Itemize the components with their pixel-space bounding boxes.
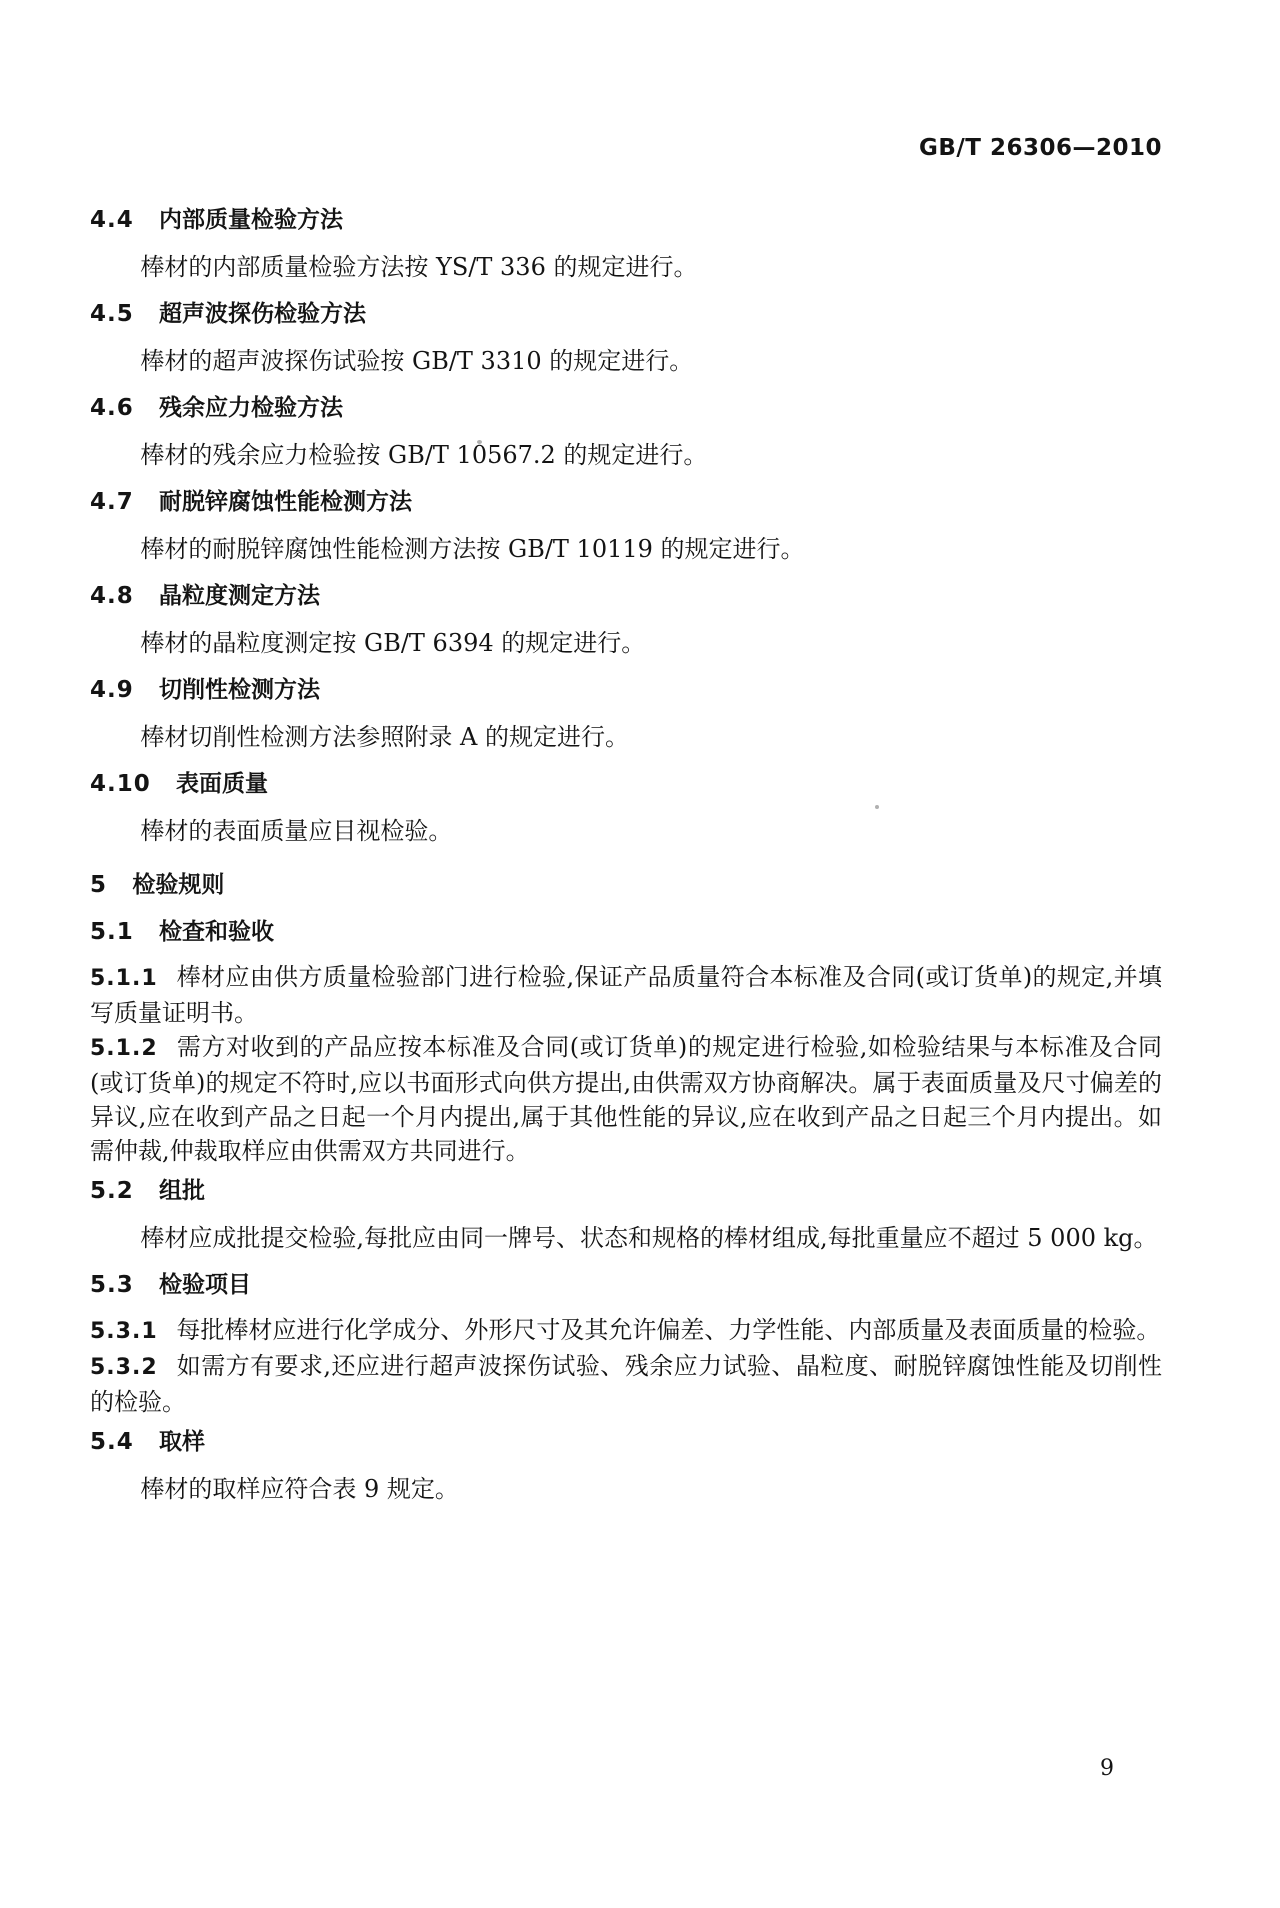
clause-number: 5.1.1 (90, 966, 158, 991)
body-paragraph: 棒材的内部质量检验方法按 YS/T 336 的规定进行。 (90, 250, 1162, 284)
section-heading: 4.10表面质量 (90, 767, 1162, 801)
section-heading: 5.4取样 (90, 1425, 1162, 1459)
section-heading: 4.5超声波探伤检验方法 (90, 297, 1162, 331)
section-heading: 4.8晶粒度测定方法 (90, 579, 1162, 613)
chapter-heading: 5检验规则 (90, 868, 1162, 902)
scan-speck (477, 440, 482, 444)
section-heading: 4.7耐脱锌腐蚀性能检测方法 (90, 485, 1162, 519)
body-paragraph: 棒材的表面质量应目视检验。 (90, 814, 1162, 848)
heading-number: 4.4 (90, 207, 134, 233)
clause-paragraph: 5.3.2如需方有要求,还应进行超声波探伤试验、残余应力试验、晶粒度、耐脱锌腐蚀… (90, 1349, 1162, 1419)
section-heading: 4.9切削性检测方法 (90, 673, 1162, 707)
heading-number: 4.9 (90, 677, 134, 703)
body-paragraph: 棒材的耐脱锌腐蚀性能检测方法按 GB/T 10119 的规定进行。 (90, 532, 1162, 566)
heading-title: 组批 (159, 1178, 205, 1204)
heading-number: 4.7 (90, 489, 134, 515)
clause-text: 每批棒材应进行化学成分、外形尺寸及其允许偏差、力学性能、内部质量及表面质量的检验… (176, 1316, 1160, 1344)
heading-title: 表面质量 (176, 771, 268, 797)
heading-number: 4.5 (90, 301, 134, 327)
document-content: 4.4内部质量检验方法棒材的内部质量检验方法按 YS/T 336 的规定进行。4… (90, 0, 1162, 1506)
clause-number: 5.1.2 (90, 1036, 158, 1061)
heading-number: 4.10 (90, 771, 151, 797)
heading-title: 取样 (159, 1429, 205, 1455)
heading-title: 残余应力检验方法 (159, 395, 343, 421)
scan-speck (875, 805, 879, 809)
body-paragraph: 棒材的残余应力检验按 GB/T 10567.2 的规定进行。 (90, 438, 1162, 472)
heading-number: 5.4 (90, 1429, 134, 1455)
body-paragraph: 棒材的晶粒度测定按 GB/T 6394 的规定进行。 (90, 626, 1162, 660)
clause-text: 需方对收到的产品应按本标准及合同(或订货单)的规定进行检验,如检验结果与本标准及… (90, 1033, 1162, 1165)
heading-title: 检验项目 (159, 1272, 251, 1298)
heading-title: 耐脱锌腐蚀性能检测方法 (159, 489, 412, 515)
body-paragraph: 棒材切削性检测方法参照附录 A 的规定进行。 (90, 720, 1162, 754)
clause-paragraph: 5.1.2需方对收到的产品应按本标准及合同(或订货单)的规定进行检验,如检验结果… (90, 1030, 1162, 1168)
heading-number: 4.8 (90, 583, 134, 609)
clause-paragraph: 5.3.1每批棒材应进行化学成分、外形尺寸及其允许偏差、力学性能、内部质量及表面… (90, 1313, 1162, 1349)
section-heading: 5.1检查和验收 (90, 915, 1162, 949)
heading-title: 检验规则 (132, 872, 224, 898)
heading-number: 5.2 (90, 1178, 134, 1204)
body-paragraph: 棒材的取样应符合表 9 规定。 (90, 1472, 1162, 1506)
body-paragraph: 棒材应成批提交检验,每批应由同一牌号、状态和规格的棒材组成,每批重量应不超过 5… (90, 1221, 1162, 1255)
heading-title: 晶粒度测定方法 (159, 583, 320, 609)
heading-title: 切削性检测方法 (159, 677, 320, 703)
section-heading: 5.3检验项目 (90, 1268, 1162, 1302)
heading-title: 内部质量检验方法 (159, 207, 343, 233)
section-heading: 5.2组批 (90, 1174, 1162, 1208)
heading-number: 5.3 (90, 1272, 134, 1298)
clause-number: 5.3.2 (90, 1355, 158, 1380)
section-heading: 4.4内部质量检验方法 (90, 203, 1162, 237)
section-heading: 4.6残余应力检验方法 (90, 391, 1162, 425)
heading-title: 超声波探伤检验方法 (159, 301, 366, 327)
clause-text: 棒材应由供方质量检验部门进行检验,保证产品质量符合本标准及合同(或订货单)的规定… (90, 963, 1162, 1027)
page-number: 9 (1100, 1756, 1114, 1781)
document-page: GB/T 26306—2010 4.4内部质量检验方法棒材的内部质量检验方法按 … (0, 0, 1280, 1908)
heading-number: 5 (90, 872, 107, 898)
heading-title: 检查和验收 (159, 919, 274, 945)
clause-number: 5.3.1 (90, 1319, 158, 1344)
heading-number: 5.1 (90, 919, 134, 945)
clause-text: 如需方有要求,还应进行超声波探伤试验、残余应力试验、晶粒度、耐脱锌腐蚀性能及切削… (90, 1352, 1162, 1416)
body-paragraph: 棒材的超声波探伤试验按 GB/T 3310 的规定进行。 (90, 344, 1162, 378)
clause-paragraph: 5.1.1棒材应由供方质量检验部门进行检验,保证产品质量符合本标准及合同(或订货… (90, 960, 1162, 1030)
heading-number: 4.6 (90, 395, 134, 421)
